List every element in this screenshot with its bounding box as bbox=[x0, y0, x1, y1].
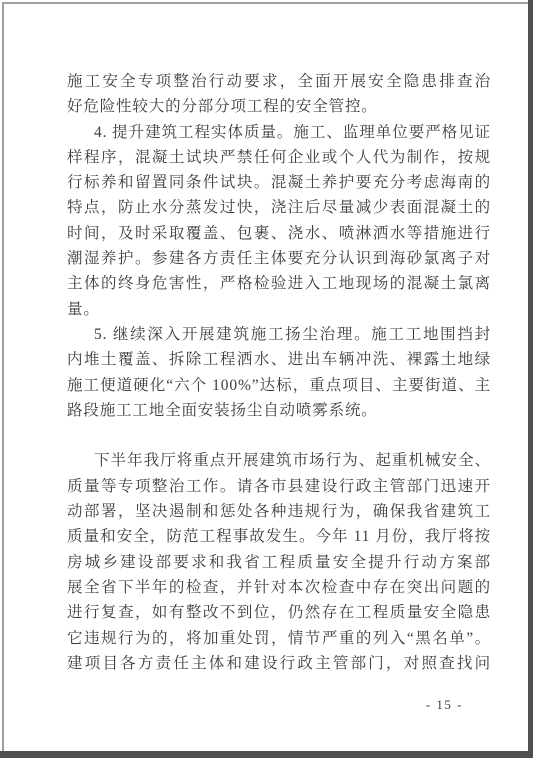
text-line: 潮湿养护。参建各方责任主体要充分认识到海砂氯离子对结构 bbox=[67, 246, 491, 271]
text-line: 动部署，坚决遏制和惩处各种违规行为，确保我省建筑工程的 bbox=[67, 499, 491, 524]
text-line: 施工便道硬化“六个 100%”达标，重点项目、主要街道、主要 bbox=[67, 373, 491, 398]
text-line: 量。 bbox=[67, 297, 491, 322]
text-line: 时间，及时采取覆盖、包裹、浇水、喷淋洒水等措施进行保湿、 bbox=[67, 221, 491, 246]
text-line: 主体的终身危害性，严格检验进入工地现场的混凝土氯离子含 bbox=[67, 271, 491, 296]
text-line: 施工安全专项整治行动要求，全面开展安全隐患排查治理，做 bbox=[67, 69, 491, 94]
text-line: 质量和安全，防范工程事故发生。今年 11 月份，我厅将按照住 bbox=[67, 524, 491, 549]
text-line: 建项目各方责任主体和建设行政主管部门，对照查找问题，认 bbox=[67, 651, 491, 676]
text-line: 内堆土覆盖、拆除工程洒水、进出车辆冲洗、裸露土地绿化、 bbox=[67, 347, 491, 372]
text-line: 行标养和留置同条件试块。混凝土养护要充分考虑海南的气候 bbox=[67, 170, 491, 195]
text-line: 4. 提升建筑工程实体质量。施工、监理单位要严格见证取 bbox=[67, 120, 491, 145]
scan-edge-top bbox=[2, 2, 528, 4]
text-line: 特点，防止水分蒸发过快，浇注后尽量减少表面混凝土的暴露 bbox=[67, 195, 491, 220]
text-line: 质量等专项整治工作。请各市县建设行政主管部门迅速开展行 bbox=[67, 474, 491, 499]
page-number: - 15 - bbox=[426, 697, 463, 713]
scan-edge-left bbox=[2, 2, 4, 751]
scan-edge-right bbox=[528, 0, 533, 758]
document-page: 施工安全专项整治行动要求，全面开展安全隐患排查治理，做好危险性较大的分部分项工程… bbox=[0, 0, 533, 758]
text-line: 5. 继续深入开展建筑施工扬尘治理。施工工地围挡封闭、场 bbox=[67, 322, 491, 347]
blank-line bbox=[67, 423, 491, 448]
scan-edge-bottom bbox=[0, 751, 533, 758]
text-line: 它违规行为的，将加重处罚，情节严重的列入“黑名单”。请在 bbox=[67, 626, 491, 651]
text-line: 样程序，混凝土试块严禁任何企业或个人代为制作，按规程进 bbox=[67, 145, 491, 170]
text-line: 展全省下半年的检查，并针对本次检查中存在突出问题的项目 bbox=[67, 575, 491, 600]
text-line: 进行复查，如有整改不到位，仍然存在工程质量安全隐患及其 bbox=[67, 600, 491, 625]
text-line: 路段施工工地全面安装扬尘自动喷雾系统。 bbox=[67, 398, 491, 423]
text-line: 房城乡建设部要求和我省工程质量安全提升行动方案部署，开 bbox=[67, 550, 491, 575]
document-body-text: 施工安全专项整治行动要求，全面开展安全隐患排查治理，做好危险性较大的分部分项工程… bbox=[67, 69, 491, 676]
text-line: 下半年我厅将重点开展建筑市场行为、起重机械安全、砼 bbox=[67, 448, 491, 473]
text-line: 好危险性较大的分部分项工程的安全管控。 bbox=[67, 94, 491, 119]
